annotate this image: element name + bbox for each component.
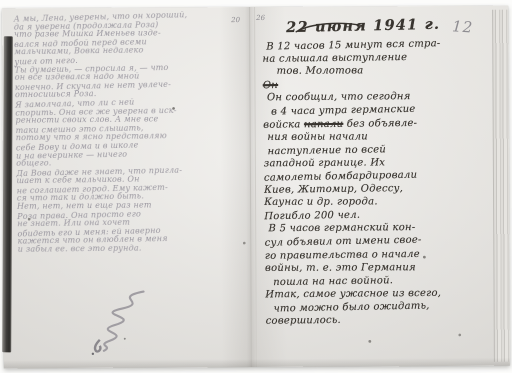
- word-run: наступление по всей: [268, 144, 387, 157]
- margin-number: 26: [256, 14, 265, 22]
- word-run: без объявле-: [343, 117, 417, 129]
- handwritten-line: и забыл ее. все это ерунда.: [18, 244, 246, 255]
- notebook-spread: А мы, Лена, уверены, что он хороший,да я…: [2, 6, 510, 369]
- word-run: совершилось.: [266, 315, 341, 327]
- bottom-shadow: [4, 358, 510, 369]
- crease-line: [254, 7, 257, 367]
- word-run: ния войны начали: [267, 131, 368, 142]
- word-run: тов. Молотова: [277, 66, 364, 77]
- word-run: Погибло 200 чел.: [264, 210, 360, 223]
- word-run: войны, т. е. это Германия: [265, 262, 416, 274]
- left-page-text: А мы, Лена, уверены, что он хороший,да я…: [14, 11, 246, 256]
- gutter-fold: [249, 7, 258, 367]
- diary-photo: А мы, Лена, уверены, что он хороший,да я…: [0, 0, 512, 373]
- crease-line: [249, 7, 252, 367]
- word-run: го правительства о начале: [265, 248, 420, 261]
- word-run: Он сообщил, что сегодня: [267, 91, 411, 103]
- margin-number: 20: [231, 16, 240, 24]
- word-run: В 5 часов германский кон-: [268, 222, 415, 234]
- paper-specks: [124, 338, 126, 340]
- page-stack-edge: [492, 10, 510, 362]
- flourish-scribble-icon: [80, 288, 158, 356]
- word-run: и забыл ее. все это ерунда.: [18, 244, 142, 254]
- word-run: общего.: [16, 159, 51, 168]
- handwritten-line: совершилось.: [266, 312, 504, 328]
- word-run: на слышала выступление: [262, 52, 407, 65]
- notebook-cover-edge: [2, 36, 13, 352]
- right-page-text: В 12 часов 15 минут вся стра-на слышала …: [262, 37, 504, 328]
- struck-word: Он: [263, 80, 278, 91]
- word-run: Каунас и др. города.: [264, 196, 378, 208]
- page-number: 12: [452, 17, 474, 36]
- struck-word: напали: [304, 118, 343, 129]
- word-run: западной границе. Их: [264, 157, 386, 169]
- date-underline-flourish-icon: [294, 20, 364, 34]
- word-run: войска: [263, 119, 304, 130]
- word-run: пошла на нас войной.: [273, 275, 393, 288]
- word-run: Итак, самое ужасное из всего,: [265, 288, 441, 300]
- word-run: Киев, Житомир, Одессу,: [264, 183, 403, 196]
